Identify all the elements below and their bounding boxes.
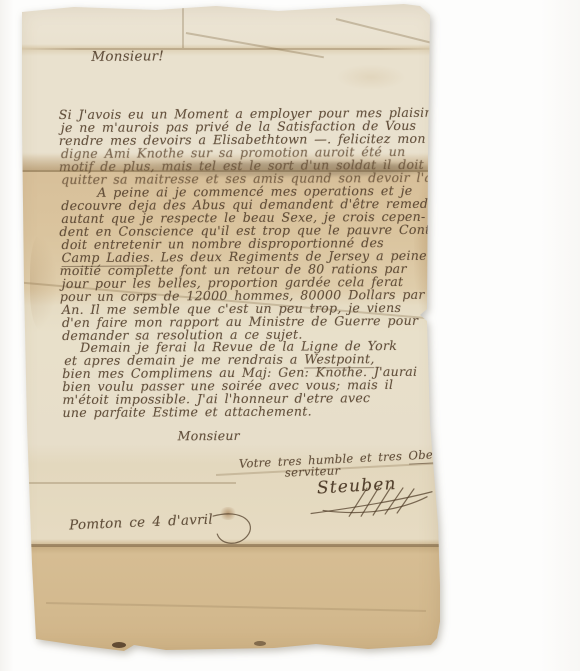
closing-compliment: Votre tres humble et tres Obeissant	[239, 448, 470, 471]
salutation: Monsieur!	[91, 50, 164, 64]
dateline-flourish	[209, 512, 261, 552]
letter-line: une parfaite Estime et attachement.	[62, 405, 311, 419]
letter-paper: Monsieur! Si J'avois eu un Moment a empl…	[16, 4, 440, 654]
dateline: Pomton ce 4 d'avril	[69, 514, 213, 533]
signature-flourish	[305, 487, 437, 520]
scan-background: Monsieur! Si J'avois eu un Moment a empl…	[0, 0, 580, 671]
underlined-phrase-obeissant: Obeissant	[408, 446, 469, 465]
letter-text-layer: Monsieur! Si J'avois eu un Moment a empl…	[14, 3, 442, 656]
closing-address: Monsieur	[178, 430, 240, 443]
letter-paper-wrap: Monsieur! Si J'avois eu un Moment a empl…	[16, 4, 440, 654]
